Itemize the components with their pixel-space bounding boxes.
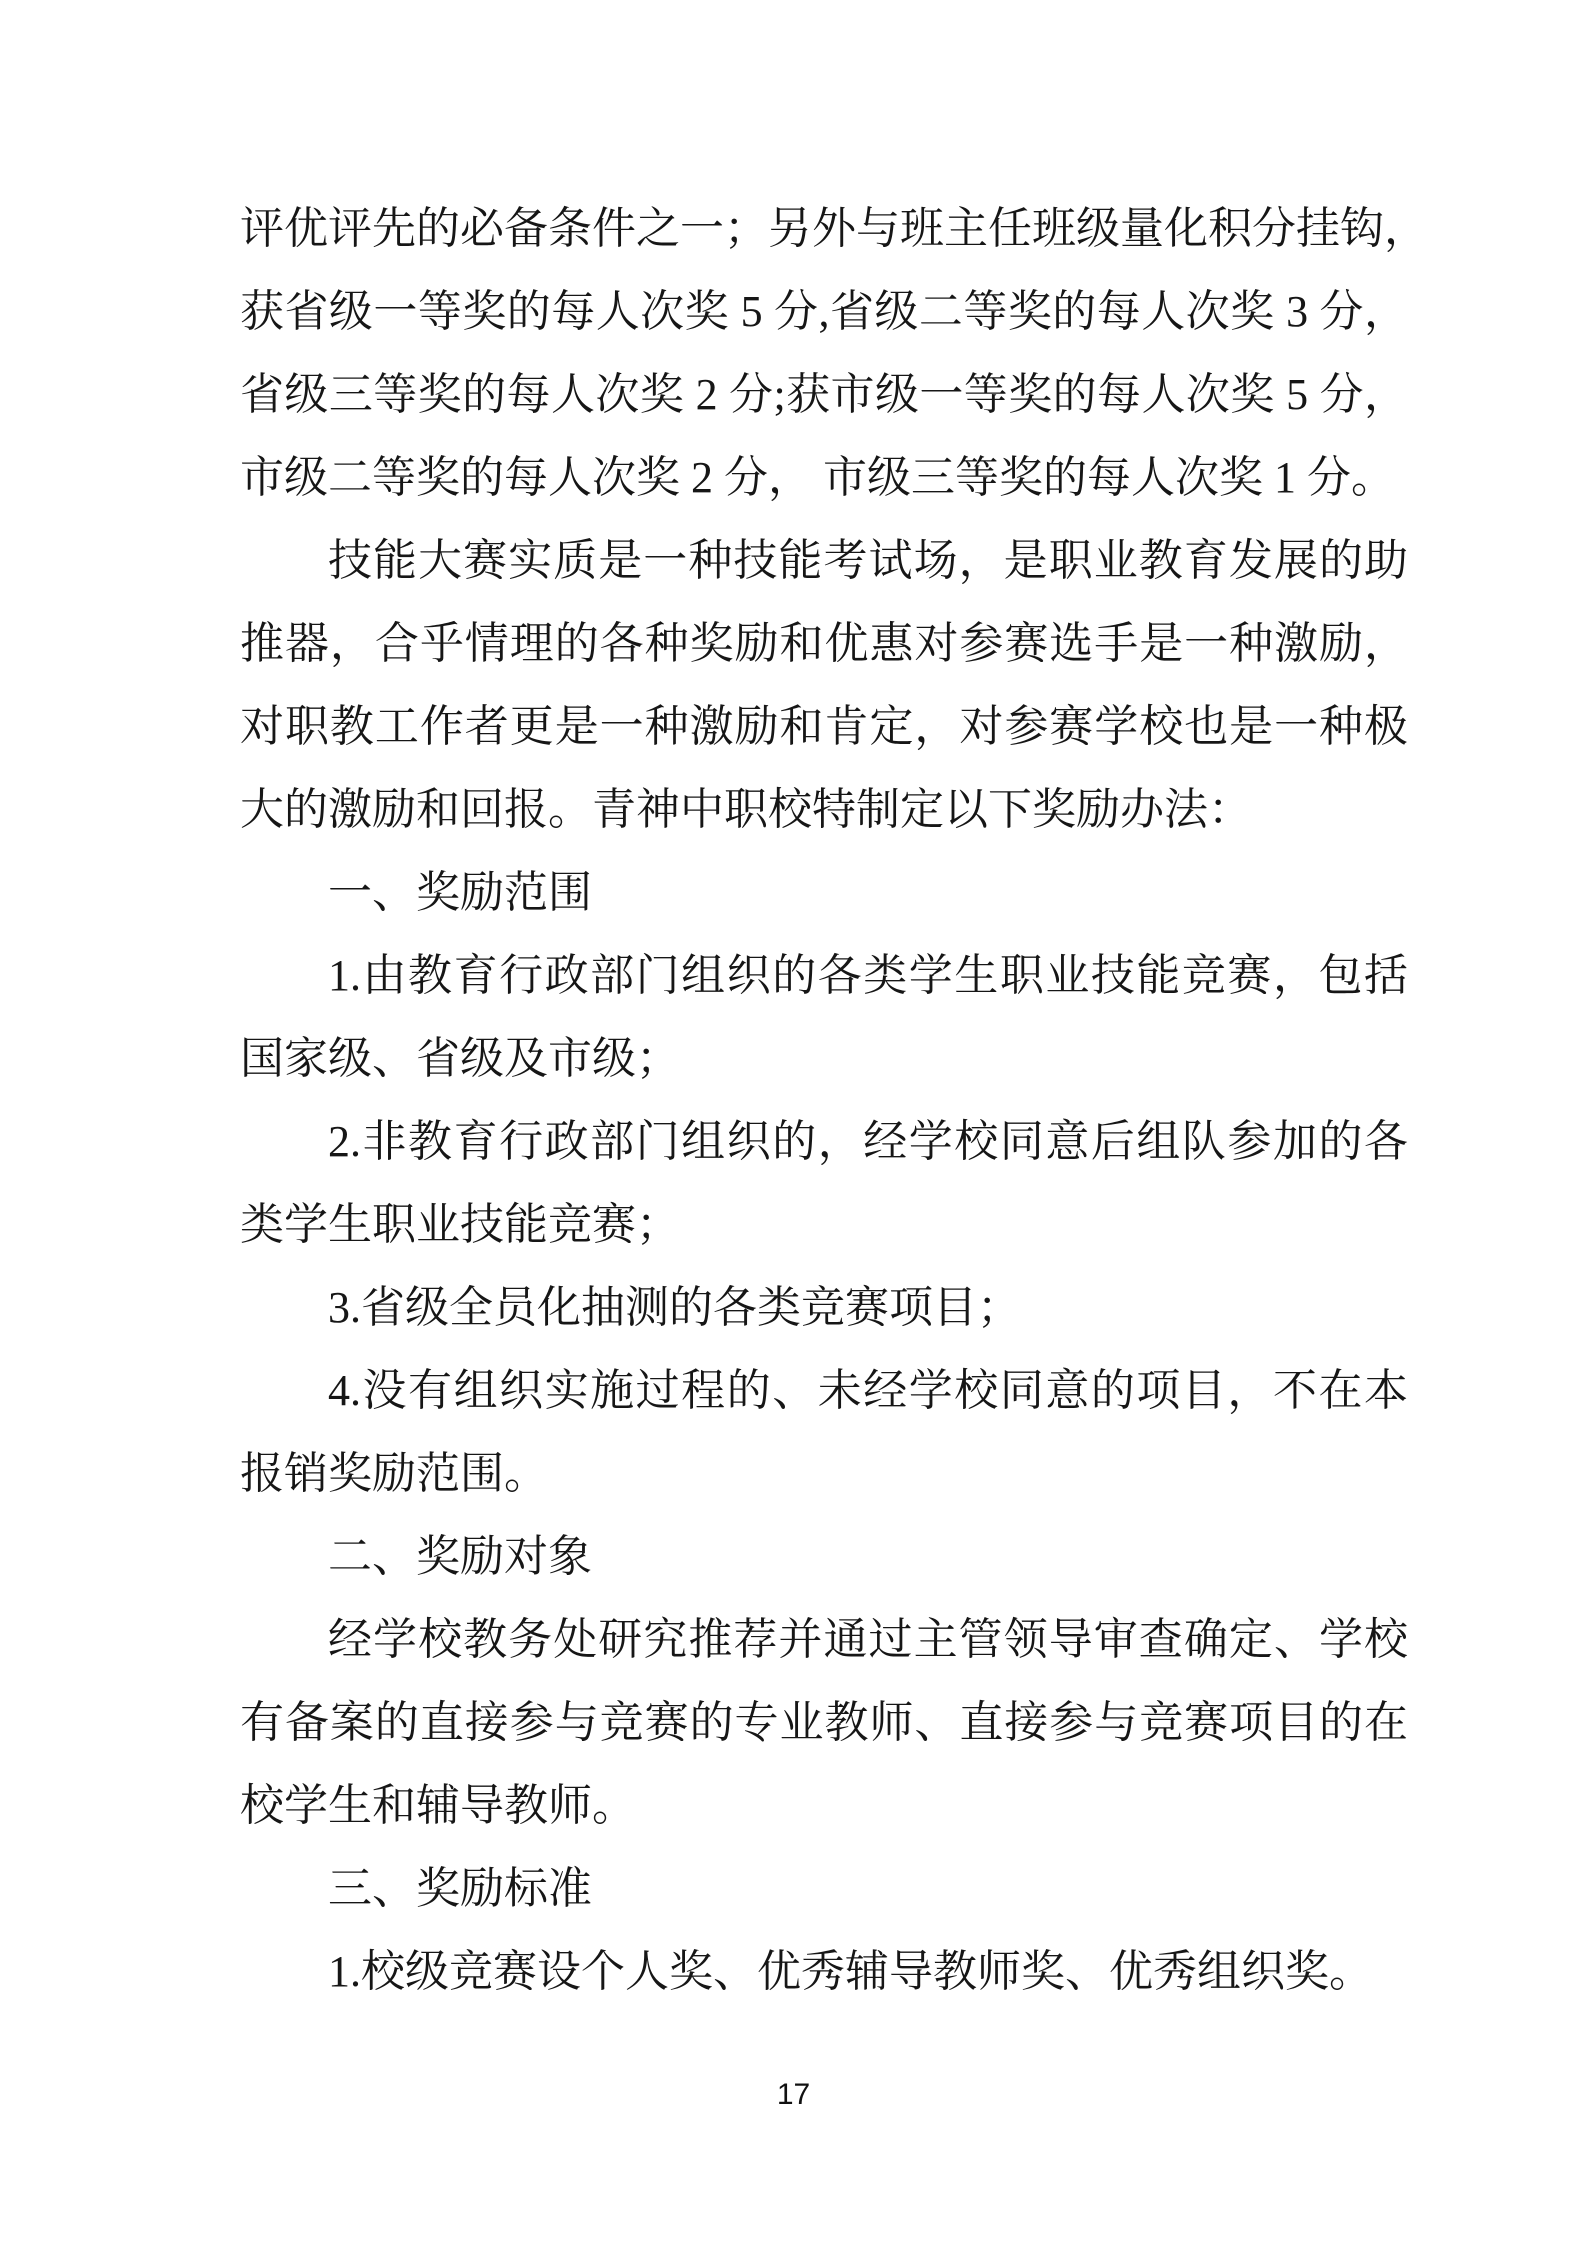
section-heading: 二、奖励对象: [240, 1515, 1408, 1598]
text-line: 2.非教育行政部门组织的，经学校同意后组队参加的各: [240, 1100, 1408, 1183]
text-block: 评优评先的必备条件之一；另外与班主任班级量化积分挂钩， 获省级一等奖的每人次奖 …: [240, 187, 1408, 2013]
text-line: 技能大赛实质是一种技能考试场，是职业教育发展的助: [240, 519, 1408, 602]
text-line: 评优评先的必备条件之一；另外与班主任班级量化积分挂钩，: [240, 187, 1408, 270]
section-heading: 一、奖励范围: [240, 851, 1408, 934]
text-line: 获省级一等奖的每人次奖 5 分,省级二等奖的每人次奖 3 分，: [240, 270, 1408, 353]
text-line: 校学生和辅导教师。: [240, 1764, 1408, 1847]
section-heading: 三、奖励标准: [240, 1847, 1408, 1930]
page-number: 17: [0, 2078, 1587, 2112]
text-line: 报销奖励范围。: [240, 1432, 1408, 1515]
text-line: 大的激励和回报。青神中职校特制定以下奖励办法：: [240, 768, 1408, 851]
text-line: 3.省级全员化抽测的各类竞赛项目；: [240, 1266, 1408, 1349]
text-line: 类学生职业技能竞赛；: [240, 1183, 1408, 1266]
text-line: 1.校级竞赛设个人奖、优秀辅导教师奖、优秀组织奖。: [240, 1930, 1408, 2013]
text-line: 推器，合乎情理的各种奖励和优惠对参赛选手是一种激励，: [240, 602, 1408, 685]
text-line: 国家级、省级及市级；: [240, 1017, 1408, 1100]
text-line: 4.没有组织实施过程的、未经学校同意的项目，不在本: [240, 1349, 1408, 1432]
text-line: 有备案的直接参与竞赛的专业教师、直接参与竞赛项目的在: [240, 1681, 1408, 1764]
text-line: 经学校教务处研究推荐并通过主管领导审查确定、学校: [240, 1598, 1408, 1681]
text-line: 对职教工作者更是一种激励和肯定，对参赛学校也是一种极: [240, 685, 1408, 768]
text-line: 市级二等奖的每人次奖 2 分， 市级三等奖的每人次奖 1 分。: [240, 436, 1408, 519]
document-page: 评优评先的必备条件之一；另外与班主任班级量化积分挂钩， 获省级一等奖的每人次奖 …: [0, 0, 1587, 2245]
text-line: 省级三等奖的每人次奖 2 分;获市级一等奖的每人次奖 5 分，: [240, 353, 1408, 436]
text-line: 1.由教育行政部门组织的各类学生职业技能竞赛，包括: [240, 934, 1408, 1017]
